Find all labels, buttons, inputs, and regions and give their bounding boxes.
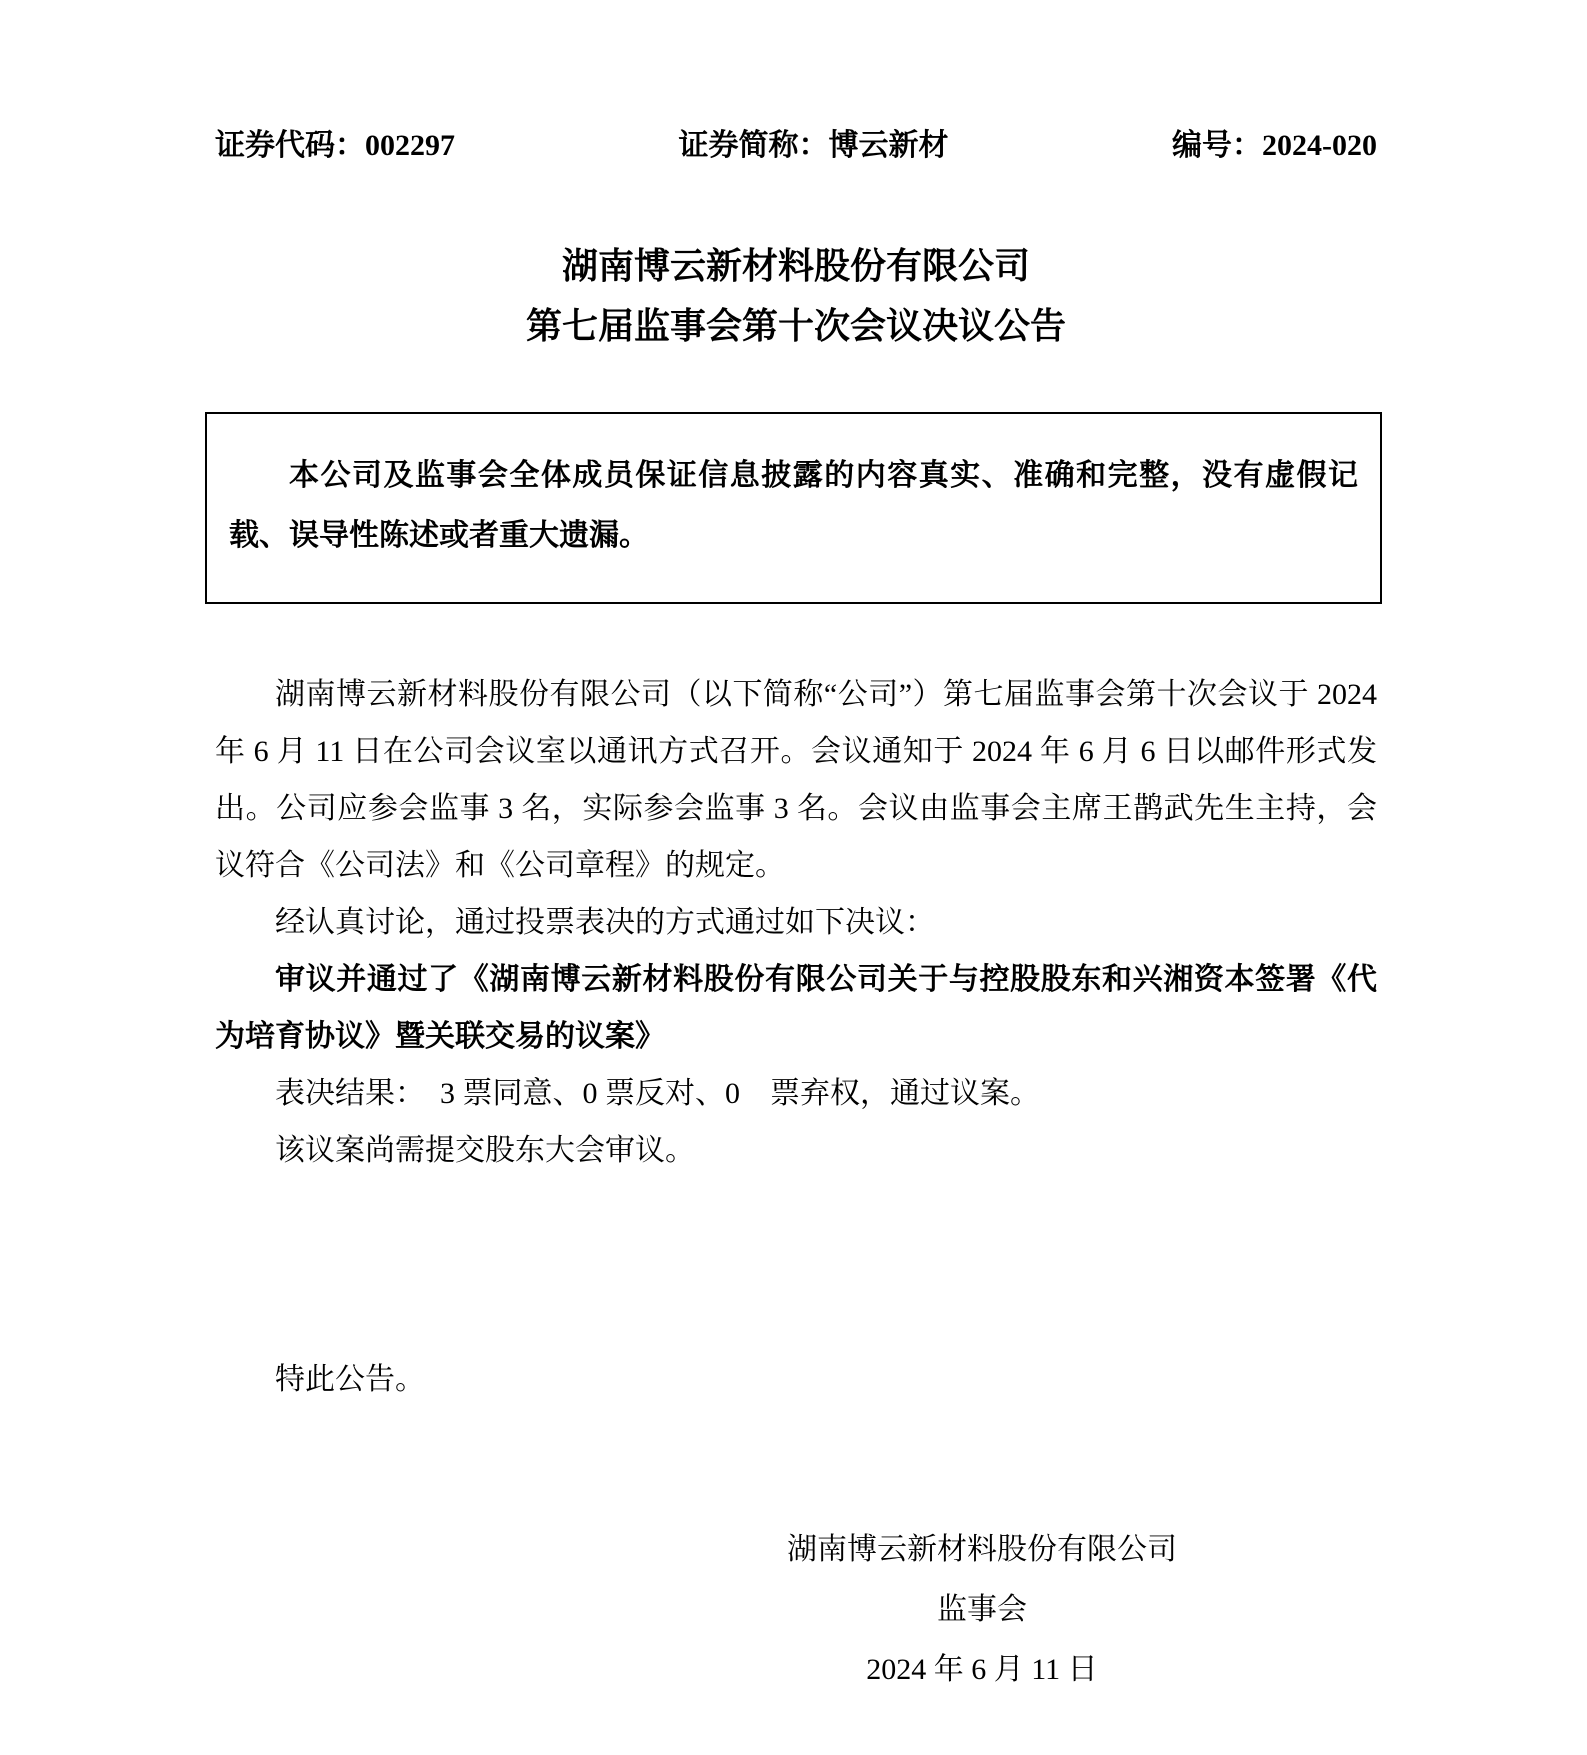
stock-code: 证券代码：002297 — [215, 128, 455, 164]
signature-block: 湖南博云新材料股份有限公司 监事会 2024 年 6 月 11 日 — [787, 1520, 1177, 1700]
meeting-title: 第七届监事会第十次会议决议公告 — [215, 296, 1377, 356]
paragraph-closing: 特此公告。 — [215, 1351, 1377, 1408]
announcement-number: 编号：2024-020 — [1172, 128, 1377, 164]
signature-date: 2024 年 6 月 11 日 — [787, 1640, 1177, 1700]
document-body: 湖南博云新材料股份有限公司（以下简称“公司”）第七届监事会第十次会议于 2024… — [215, 666, 1377, 1408]
stock-short-name: 证券简称：博云新材 — [679, 128, 949, 164]
document-header: 证券代码：002297 证券简称：博云新材 编号：2024-020 — [215, 128, 1377, 164]
paragraph-meeting-info: 湖南博云新材料股份有限公司（以下简称“公司”）第七届监事会第十次会议于 2024… — [215, 666, 1377, 894]
disclaimer-text: 本公司及监事会全体成员保证信息披露的内容真实、准确和完整，没有虚假记载、误导性陈… — [229, 446, 1358, 566]
paragraph-note: 该议案尚需提交股东大会审议。 — [215, 1122, 1377, 1179]
signature-company: 湖南博云新材料股份有限公司 — [787, 1520, 1177, 1580]
paragraph-resolution: 审议并通过了《湖南博云新材料股份有限公司关于与控股股东和兴湘资本签署《代为培育协… — [215, 951, 1377, 1065]
paragraph-discussion: 经认真讨论，通过投票表决的方式通过如下决议： — [215, 894, 1377, 951]
paragraph-vote-result: 表决结果： 3 票同意、0 票反对、0 票弃权，通过议案。 — [215, 1065, 1377, 1122]
signature-department: 监事会 — [787, 1580, 1177, 1640]
company-title: 湖南博云新材料股份有限公司 — [215, 236, 1377, 296]
announcement-page: 证券代码：002297 证券简称：博云新材 编号：2024-020 湖南博云新材… — [0, 0, 1587, 1755]
disclaimer-box: 本公司及监事会全体成员保证信息披露的内容真实、准确和完整，没有虚假记载、误导性陈… — [205, 412, 1382, 604]
